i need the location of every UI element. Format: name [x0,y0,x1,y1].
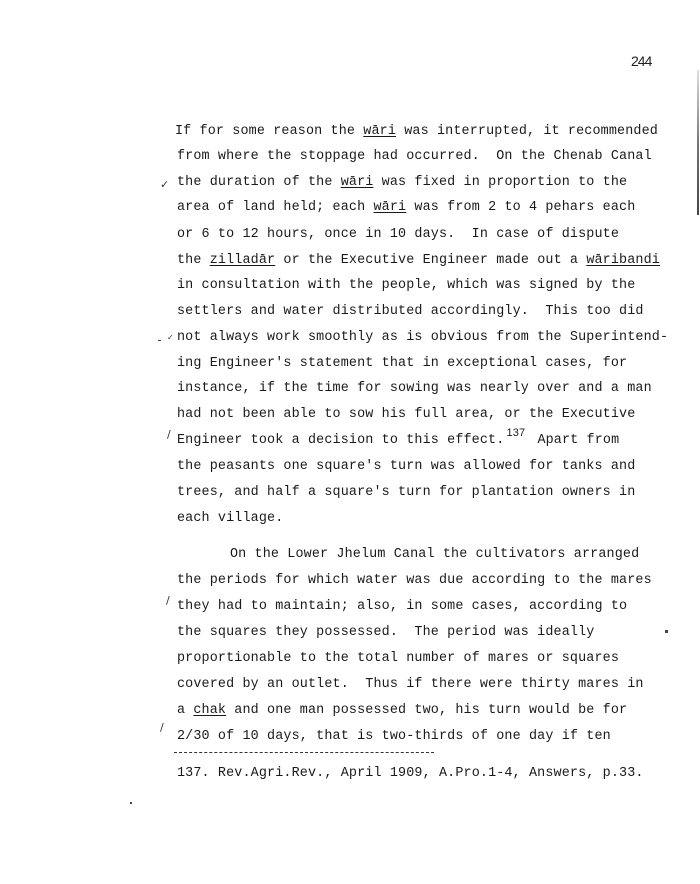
text-line: the periods for which water was due acco… [177,573,652,589]
text-line: trees, and half a square's turn for plan… [177,485,635,501]
text-line: they had to maintain; also, in some case… [177,599,627,615]
term-chak: chak [193,703,226,718]
footnote-text: Rev.Agri.Rev., April 1909, A.Pro.1-4, An… [210,766,644,781]
text-line: had not been able to sow his full area, … [177,407,635,423]
slash-mark-icon: / [160,721,164,734]
text-line: the squares they possessed. The period w… [177,625,594,641]
text-line: the zilladār or the Executive Engineer m… [177,253,660,269]
footnote: 137. Rev.Agri.Rev., April 1909, A.Pro.1-… [177,766,644,782]
scan-edge-line [697,70,699,215]
check-mark-icon: ✓ [160,178,169,191]
text-line: proportionable to the total number of ma… [177,651,619,667]
footnote-marker: 137. [177,766,210,781]
term-wari: wāri [373,200,406,215]
text-line: Engineer took a decision to this effect.… [177,433,619,449]
text-line: instance, if the time for sowing was nea… [177,381,652,397]
text-line: On the Lower Jhelum Canal the cultivator… [230,547,639,563]
text-line: or 6 to 12 hours, once in 10 days. In ca… [177,227,619,243]
text-line: area of land held; each wāri was from 2 … [177,200,635,216]
scan-speck [158,340,161,341]
term-wari: wāri [363,124,396,139]
text-line: the duration of the wāri was fixed in pr… [177,175,627,191]
term-waribandi: wāribandi [586,253,660,268]
text-line: from where the stoppage had occurred. On… [177,149,652,165]
text-line: not always work smoothly as is obvious f… [177,330,668,346]
text-line: in consultation with the people, which w… [177,278,635,294]
term-wari: wāri [341,175,374,190]
text-line: each village. [177,511,283,527]
text-line: ing Engineer's statement that in excepti… [177,356,627,372]
small-check-mark-icon: ✓ [167,333,174,342]
footnote-divider [174,752,434,753]
text-line: covered by an outlet. Thus if there were… [177,677,644,693]
slash-mark-icon: / [166,594,170,607]
scan-speck [130,802,132,804]
footnote-ref: 137 [506,427,525,439]
text-line: If for some reason the wāri was interrup… [175,124,658,140]
text-line: the peasants one square's turn was allow… [177,459,635,475]
page-number: 244 [631,53,651,69]
text-line: a chak and one man possessed two, his tu… [177,703,627,719]
text-line: 2/30 of 10 days, that is two-thirds of o… [177,729,611,745]
text-line: settlers and water distributed according… [177,304,644,320]
slash-mark-icon: / [167,428,171,441]
scan-speck [665,630,668,633]
term-zilladar: zilladār [210,253,276,268]
